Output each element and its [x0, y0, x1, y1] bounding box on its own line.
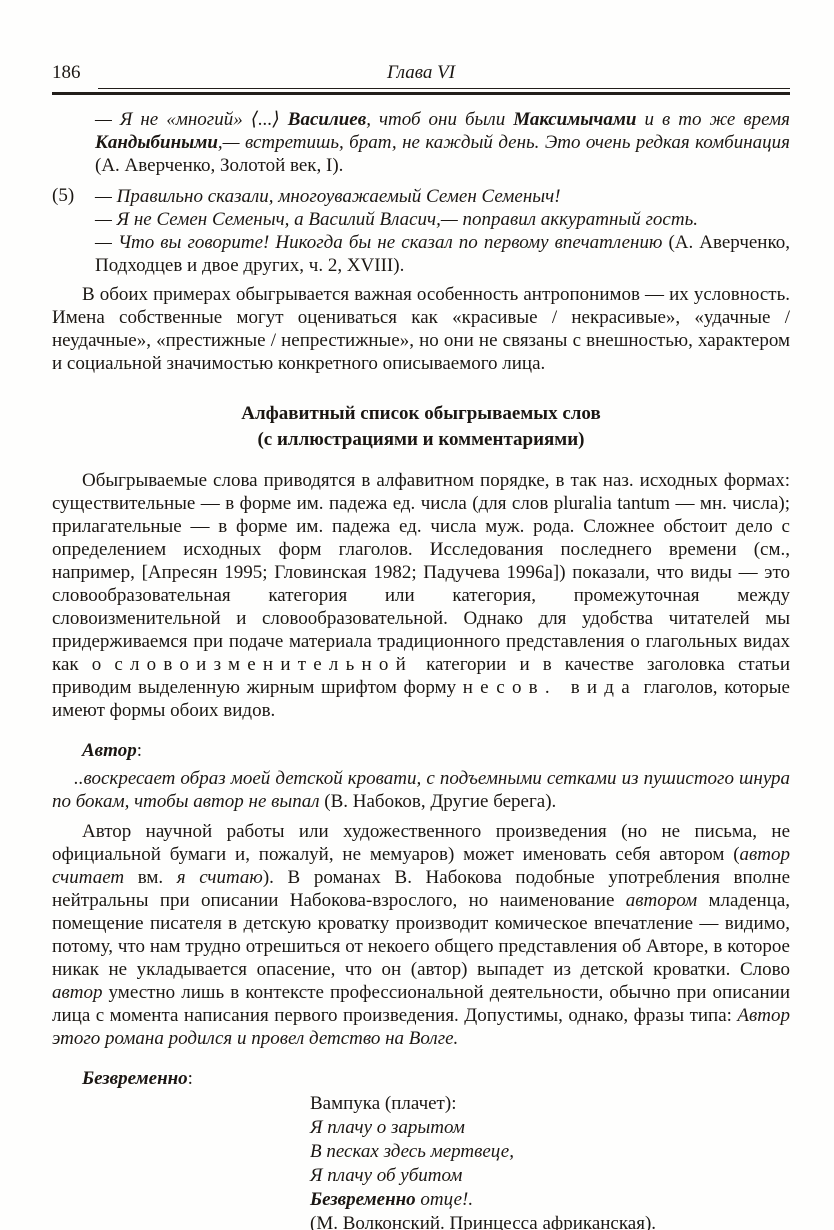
verse-line: Вампука (плачет):	[310, 1092, 790, 1116]
page-header: 186 Глава VI	[52, 62, 790, 88]
example-number: (5)	[52, 185, 74, 207]
text-run: автор	[52, 982, 102, 1003]
example-5-line: — Правильно сказали, многоуважаемый Семе…	[95, 185, 790, 208]
header-rule-thin	[98, 88, 790, 89]
letterspaced-term: словоизменительной	[114, 654, 413, 675]
verse-line: Я плачу о зарытом	[310, 1116, 790, 1140]
verse-line: Я плачу об убитом	[310, 1164, 790, 1188]
played-word: Безвременно	[310, 1189, 416, 1210]
entry-head-bezvremenno: Безвременно:	[52, 1067, 790, 1090]
verse-line: В песках здесь мертвеце,	[310, 1140, 790, 1164]
entry-headword: Безвременно	[82, 1068, 188, 1089]
text-run: и в то же время	[637, 109, 791, 130]
example-4-text: — Я не «многий» ⟨...⟩ Василиев, чтоб они…	[95, 108, 790, 177]
text-run: отце!.	[416, 1189, 473, 1210]
chapter-title: Глава VI	[52, 62, 790, 84]
text-run: автором	[626, 890, 697, 911]
example-5-line: — Что вы говорите! Никогда бы не сказал …	[95, 231, 790, 277]
paragraph-anthroponyms: В обоих примерах обыгрывается важная осо…	[52, 283, 790, 375]
example-quote-4: — Я не «многий» ⟨...⟩ Василиев, чтоб они…	[52, 108, 790, 177]
book-page: 186 Глава VI — Я не «многий» ⟨...⟩ Васил…	[0, 0, 834, 1230]
text-run: , чтоб они были	[366, 109, 513, 130]
played-word: Василиев	[288, 109, 366, 130]
verse-line: Безвременно отце!.	[310, 1188, 790, 1212]
text-run: — Я не «многий» ⟨...⟩	[95, 109, 288, 130]
text-run: я считаю	[177, 867, 263, 888]
citation: (В. Набоков, Другие берега).	[324, 791, 556, 812]
section-heading-line1: Алфавитный список обыгрываемых слов	[241, 403, 600, 424]
entry-author-quote: ..воскресает образ моей детской кровати,…	[52, 767, 790, 813]
played-word: Кандыбиными	[95, 132, 218, 153]
verse-citation: (М. Волконский. Принцесса африканская).	[310, 1212, 790, 1230]
example-5-line: — Я не Семен Семеныч, а Василий Власич,—…	[95, 208, 790, 231]
text-run: — Что вы говорите! Никогда бы не сказал …	[95, 232, 668, 253]
text-run: :	[188, 1068, 193, 1089]
citation: (А. Аверченко, Золотой век, I).	[95, 155, 343, 176]
text-run: :	[137, 740, 142, 761]
text-run: уместно лишь в контексте профессионально…	[52, 982, 790, 1026]
text-run: ,— встретишь, брат, не каждый день. Это …	[218, 132, 790, 153]
letterspaced-term: несов. вида	[463, 677, 637, 698]
entry-author-commentary: Автор научной работы или художественного…	[52, 820, 790, 1050]
paragraph-intro: Обыгрываемые слова приводятся в алфавитн…	[52, 469, 790, 722]
example-quote-5: (5) — Правильно сказали, многоуважаемый …	[52, 185, 790, 277]
text-run: Обыгрываемые слова приводятся в алфавитн…	[52, 470, 790, 675]
played-word: Максимычами	[513, 109, 636, 130]
entry-head-author: Автор:	[52, 739, 790, 762]
text-run: вм.	[124, 867, 177, 888]
header-rule-thick	[52, 92, 790, 95]
section-heading: Алфавитный список обыгрываемых слов (с и…	[52, 401, 790, 453]
entry-headword: Автор	[82, 740, 137, 761]
verse-quotation: Вампука (плачет): Я плачу о зарытом В пе…	[310, 1092, 790, 1230]
text-run: Автор научной работы или художественного…	[52, 821, 790, 865]
section-heading-line2: (с иллюстрациями и комментариями)	[257, 429, 584, 450]
